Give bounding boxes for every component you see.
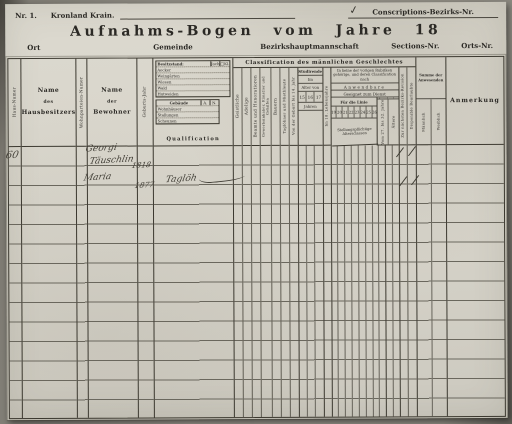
besitzstand-box: Besitzstand: Joch □Kl. Aecker Weingärten…	[155, 60, 230, 97]
body-column	[290, 146, 299, 417]
classification-group: Classification des männlichen Geschlecht…	[233, 57, 417, 417]
linie-title: Für die Linie	[331, 97, 377, 106]
gemeinde-label: Gemeinde	[153, 42, 192, 51]
military-group: In keine der vorigen Rubriken gehörige, …	[331, 67, 401, 416]
column-qualification: Besitzstand: Joch □Kl. Aecker Weingärten…	[153, 58, 235, 417]
hausbesitzer-line2: des	[22, 98, 76, 108]
bewohner-header: Name der Bewohner	[87, 59, 136, 147]
linie-subgroup: Für die Linie 19 20 21 22 23 24 25 26	[331, 97, 378, 145]
gebaeude-row: Stallungen	[157, 112, 201, 117]
bewohner-line3: Bewohner	[93, 107, 131, 120]
census-table: Haus-Numer Name des Hausbesitzers Wohnpa…	[7, 56, 506, 419]
land-row: Wiesen	[156, 79, 211, 84]
unit-joch: Joch	[210, 61, 219, 66]
body-column	[432, 145, 447, 416]
form-title: Aufnahms-Bogen vom Jahre 18	[5, 22, 506, 40]
gebaeude-col-n: N.	[209, 100, 218, 105]
summe-weiblich: Weiblich	[436, 113, 440, 131]
summe-group: Summe der Anwesenden Männlich Weiblich	[416, 57, 448, 416]
sections-nr-label: Sections-Nr.	[391, 41, 439, 50]
body-column	[138, 146, 154, 417]
body-column	[315, 146, 323, 417]
writing-line	[120, 10, 295, 20]
age-cell: 15	[298, 92, 306, 102]
studirende-jahren: Jahren	[299, 103, 323, 111]
bezirkshauptmannschaft-label: Bezirkshauptmannschaft	[260, 42, 359, 51]
anmerkung-header: Anmerkung	[446, 57, 503, 145]
studirende-title: Studirende	[298, 68, 322, 76]
bewohner-line1: Name	[93, 85, 131, 98]
spacer	[295, 10, 348, 19]
body-column	[88, 147, 138, 418]
studirende-group: Studirende Im Alter von 15 16 17 Jahren	[298, 68, 324, 417]
summe-maennlich: Männlich	[421, 112, 425, 132]
column-anmerkung: Anmerkung	[446, 57, 505, 416]
crownland-label: Kronland Krain.	[51, 11, 115, 20]
age-cell: 26	[372, 106, 377, 117]
land-row: Aecker	[156, 67, 211, 72]
geburtsjahr-header: Geburts-Jahr	[137, 58, 152, 146]
column-bewohner: Name der Bewohner	[87, 59, 139, 418]
column-disponible: Disponible Beurlaubte	[407, 67, 417, 416]
haus-nummer-header: Haus-Numer	[8, 59, 20, 147]
column-geburtsjahr: Geburts-Jahr	[137, 58, 155, 417]
gebaeude-col-a: A.	[200, 100, 209, 105]
body-column	[261, 146, 272, 417]
wohnpartei-header: Wohnparteien-Numer	[76, 59, 86, 147]
hausbesitzer-header: Name des Hausbesitzers	[21, 59, 75, 147]
summe-title: Summe der Anwesenden	[416, 57, 445, 99]
landwehr-col: Ältere	[391, 115, 395, 128]
body-column	[272, 146, 281, 417]
land-row: Hutweiden	[156, 91, 211, 96]
bewohner-line2: der	[93, 97, 131, 107]
sheet-number: Nr. 1.	[15, 11, 37, 20]
studirende-alter-von: Alter von	[298, 84, 322, 92]
body-column	[243, 146, 252, 417]
header-row-fields: Ort Gemeinde Bezirkshauptmannschaft Sect…	[5, 41, 506, 56]
gebaeude-row: Wohnhäuser	[157, 106, 201, 111]
gebaeude-title: Gebäude	[157, 100, 201, 105]
body-column	[154, 146, 234, 417]
body-column	[234, 146, 243, 417]
body-column	[416, 145, 432, 416]
ort-label: Ort	[27, 43, 40, 52]
column-hausbesitzer: Name des Hausbesitzers	[21, 59, 78, 418]
qualification-header: Besitzstand: Joch □Kl. Aecker Weingärten…	[153, 58, 232, 146]
studirende-im: Im	[298, 76, 322, 84]
body-column	[407, 145, 416, 416]
body-column	[399, 145, 407, 416]
orts-nr-label: Orts-Nr.	[461, 41, 493, 50]
scanned-census-sheet: Nr. 1. Kronland Krain. Conscriptions-Bez…	[0, 0, 512, 424]
hausbesitzer-line1: Name	[21, 85, 75, 98]
landwehr-subgroup: Für die Landwehr Vom 27. bis 32. Jahre Ä…	[378, 97, 399, 145]
land-row: Weingärten	[156, 73, 211, 78]
unit-quadratklafter: □Kl.	[220, 61, 230, 66]
body-column	[9, 147, 22, 418]
military-line1: In keine der vorigen Rubriken gehörige, …	[331, 67, 398, 83]
body-column	[281, 146, 290, 417]
qualification-label: Qualification	[156, 136, 231, 144]
body-column	[22, 147, 77, 418]
age-cell: 16	[307, 92, 315, 102]
paper-sheet: Nr. 1. Kronland Krain. Conscriptions-Bez…	[5, 2, 508, 420]
hausbesitzer-line3: Hausbesitzers	[22, 107, 76, 120]
header-row-top: Nr. 1. Kronland Krain. Conscriptions-Bez…	[5, 2, 506, 20]
landwehr-col: Vom 27. bis 32. Jahre	[381, 99, 386, 144]
linie-footer: Stellungspflichtige Altersclassen	[331, 118, 378, 147]
besitzstand-title: Besitzstand:	[156, 61, 210, 66]
land-row: Wald	[156, 85, 211, 90]
body-column	[447, 145, 505, 416]
gebaeude-box: Gebäude A. N. Wohnhäuser Stallungen Sche…	[156, 99, 220, 124]
body-column	[323, 146, 331, 417]
conscription-district-label: Conscriptions-Bezirks-Nr.	[348, 7, 498, 19]
age-cell: 17	[315, 92, 322, 102]
gebaeude-row: Scheunen	[157, 118, 201, 123]
body-column	[77, 147, 88, 418]
body-column	[252, 146, 261, 417]
